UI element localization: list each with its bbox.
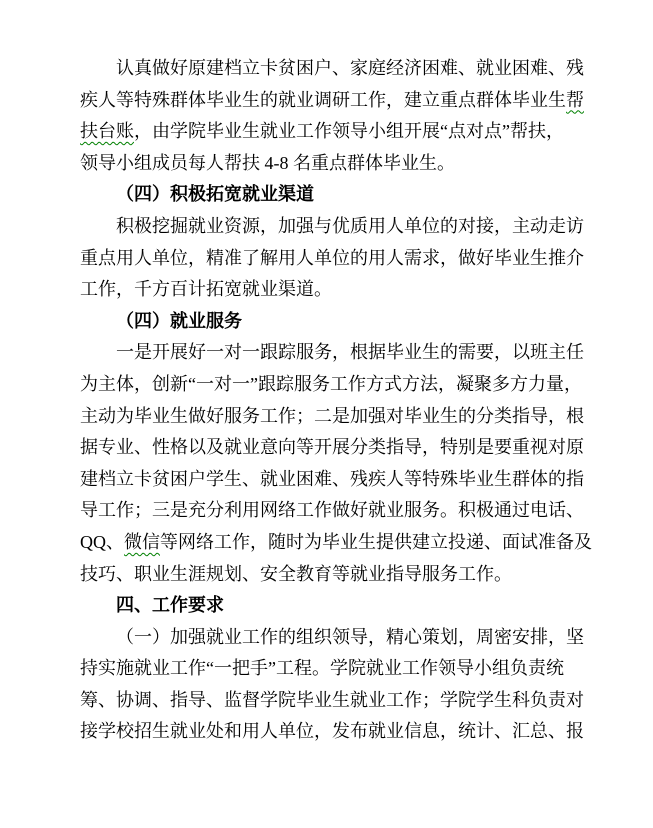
text-line: （一）加强就业工作的组织领导，精心策划，周密安排，坚: [80, 622, 590, 654]
text-line: 积极挖掘就业资源，加强与优质用人单位的对接，主动走访: [80, 211, 590, 243]
text-line: 建档立卡贫困户学生、就业困难、残疾人等特殊毕业生群体的指: [80, 464, 590, 496]
spellcheck-underline: 扶台账: [80, 121, 134, 141]
text-line: 疾人等特殊群体毕业生的就业调研工作，建立重点群体毕业生帮: [80, 85, 590, 117]
text-segment: 疾人等特殊群体毕业生的就业调研工作，建立重点群体毕业生: [80, 90, 566, 110]
text-line: 认真做好原建档立卡贫困户、家庭经济困难、就业困难、残: [80, 53, 590, 85]
text-line: 领导小组成员每人帮扶 4-8 名重点群体毕业生。: [80, 148, 590, 180]
text-line: 技巧、职业生涯规划、安全教育等就业指导服务工作。: [80, 559, 590, 591]
text-line: 为主体，创新“一对一”跟踪服务工作方式方法，凝聚多方力量，: [80, 369, 590, 401]
text-line: 工作，千方百计拓宽就业渠道。: [80, 274, 590, 306]
text-line: 一是开展好一对一跟踪服务，根据毕业生的需要，以班主任: [80, 337, 590, 369]
text-line: 筹、协调、指导、监督学院毕业生就业工作；学院学生科负责对: [80, 685, 590, 717]
spellcheck-underline: 微信: [124, 532, 160, 552]
text-line: 持实施就业工作“一把手”工程。学院就业工作领导小组负责统: [80, 653, 590, 685]
heading-line: （四）积极拓宽就业渠道: [80, 179, 590, 211]
spellcheck-underline: 帮: [566, 90, 584, 110]
heading-line: （四）就业服务: [80, 306, 590, 338]
text-line: 扶台账，由学院毕业生就业工作领导小组开展“点对点”帮扶，: [80, 116, 590, 148]
text-line: 重点用人单位，精准了解用人单位的用人需求，做好毕业生推介: [80, 243, 590, 275]
text-line: 导工作；三是充分利用网络工作做好就业服务。积极通过电话、: [80, 495, 590, 527]
text-line: 据专业、性格以及就业意向等开展分类指导，特别是要重视对原: [80, 432, 590, 464]
text-line: 接学校招生就业处和用人单位，发布就业信息，统计、汇总、报: [80, 716, 590, 748]
text-line: QQ、微信等网络工作，随时为毕业生提供建立投递、面试准备及: [80, 527, 590, 559]
text-segment: 等网络工作，随时为毕业生提供建立投递、面试准备及: [160, 532, 592, 552]
text-segment: QQ、: [80, 532, 124, 552]
text-line: 主动为毕业生做好服务工作；二是加强对毕业生的分类指导，根: [80, 401, 590, 433]
heading-line: 四、工作要求: [80, 590, 590, 622]
document-page: 认真做好原建档立卡贫困户、家庭经济困难、就业困难、残疾人等特殊群体毕业生的就业调…: [0, 0, 653, 828]
document-text-block: 认真做好原建档立卡贫困户、家庭经济困难、就业困难、残疾人等特殊群体毕业生的就业调…: [80, 53, 590, 748]
text-segment: ，由学院毕业生就业工作领导小组开展“点对点”帮扶，: [134, 121, 564, 141]
